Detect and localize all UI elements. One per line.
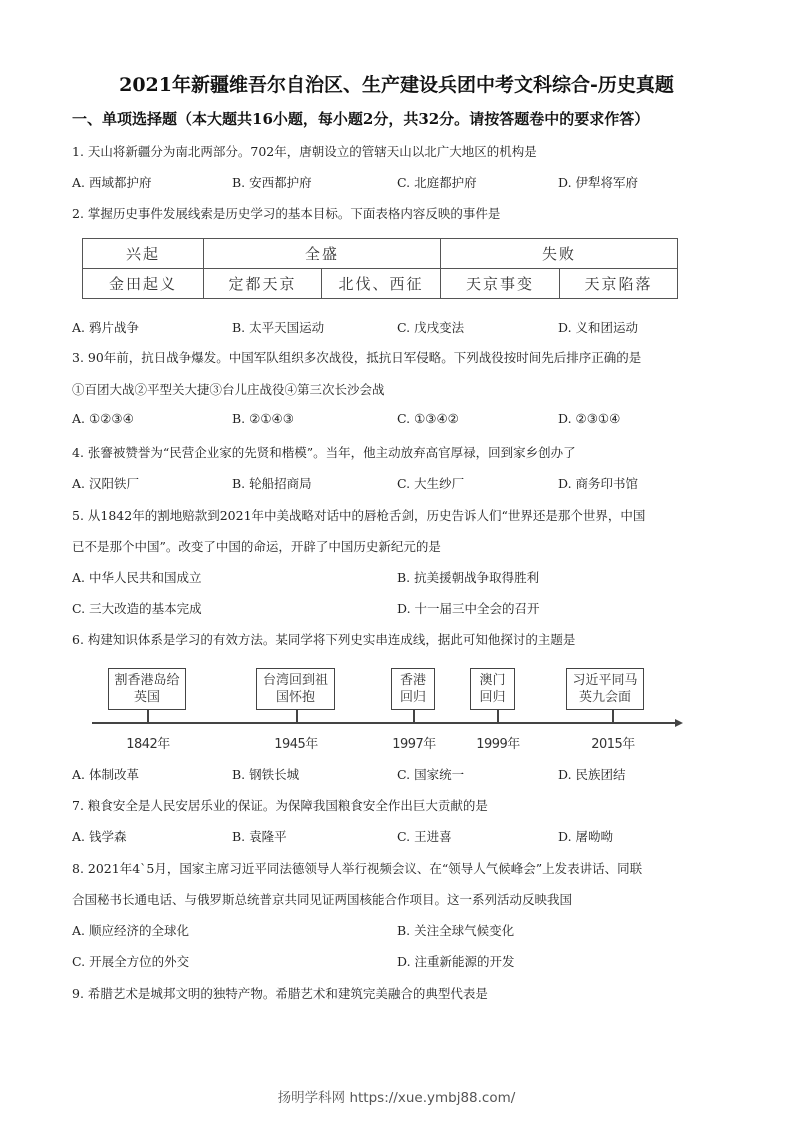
taiping-stage-table: 兴起 全盛 失败 金田起义 定都天京 北伐、西征 天京事变 天京陷落 xyxy=(82,238,678,299)
timeline-year: 1842年 xyxy=(120,733,176,752)
section-heading: 一、单项选择题（本大题共16小题，每小题2分，共32分。请按答题卷中的要求作答） xyxy=(72,108,649,129)
timeline-year: 2015年 xyxy=(585,733,641,752)
table-cell: 天京事变 xyxy=(441,269,560,299)
question-7-option-b: B. 袁隆平 xyxy=(232,827,287,845)
question-7-option-c: C. 王进喜 xyxy=(397,827,452,845)
question-1-option-d: D. 伊犁将军府 xyxy=(558,173,638,191)
table-header-failure: 失败 xyxy=(441,239,678,269)
question-3-option-c: C. ①③④② xyxy=(397,411,459,426)
question-6-option-a: A. 体制改革 xyxy=(72,765,139,783)
timeline-tick xyxy=(147,710,149,722)
table-header-peak: 全盛 xyxy=(204,239,441,269)
question-2-option-b: B. 太平天国运动 xyxy=(232,318,324,336)
timeline-year: 1999年 xyxy=(470,733,526,752)
question-8-option-b: B. 关注全球气候变化 xyxy=(397,921,514,939)
question-6-option-b: B. 钢铁长城 xyxy=(232,765,299,783)
page-title: 2021年新疆维吾尔自治区、生产建设兵团中考文科综合-历史真题 xyxy=(0,70,793,97)
question-3-option-b: B. ②①④③ xyxy=(232,411,294,426)
question-3-option-d: D. ②③①④ xyxy=(558,411,620,426)
question-6-option-d: D. 民族团结 xyxy=(558,765,626,783)
question-1-option-a: A. 西域都护府 xyxy=(72,173,151,191)
timeline-tick xyxy=(497,710,499,722)
question-4-option-c: C. 大生纱厂 xyxy=(397,474,464,492)
timeline-event-1945: 台湾回到祖国怀抱 xyxy=(256,668,335,710)
question-2-option-c: C. 戊戌变法 xyxy=(397,318,464,336)
question-1-option-c: C. 北庭都护府 xyxy=(397,173,477,191)
question-7-stem: 7. 粮食安全是人民安居乐业的保证。为保障我国粮食安全作出巨大贡献的是 xyxy=(72,796,488,814)
question-6-stem: 6. 构建知识体系是学习的有效方法。某同学将下列史实串连成线，据此可知他探讨的主… xyxy=(72,630,575,648)
timeline-year: 1997年 xyxy=(386,733,442,752)
question-5-option-a: A. 中华人民共和国成立 xyxy=(72,568,201,586)
question-8-option-c: C. 开展全方位的外交 xyxy=(72,952,189,970)
question-3-option-a: A. ①②③④ xyxy=(72,411,134,426)
question-2-option-d: D. 义和团运动 xyxy=(558,318,638,336)
question-4-option-a: A. 汉阳铁厂 xyxy=(72,474,139,492)
question-4-stem: 4. 张謇被赞誉为“民营企业家的先贤和楷模”。当年，他主动放弃高官厚禄，回到家乡… xyxy=(72,443,576,461)
question-8-option-a: A. 顺应经济的全球化 xyxy=(72,921,189,939)
question-5-option-c: C. 三大改造的基本完成 xyxy=(72,599,202,617)
footer-watermark: 扬明学科网 https://xue.ymbj88.com/ xyxy=(0,1086,793,1106)
question-9-stem: 9. 希腊艺术是城邦文明的独特产物。希腊艺术和建筑完美融合的典型代表是 xyxy=(72,984,488,1002)
table-cell: 天京陷落 xyxy=(560,269,678,299)
table-cell: 定都天京 xyxy=(204,269,322,299)
question-2-stem: 2. 掌握历史事件发展线索是历史学习的基本目标。下面表格内容反映的事件是 xyxy=(72,204,500,222)
question-4-option-d: D. 商务印书馆 xyxy=(558,474,638,492)
question-3-items: ①百团大战②平型关大捷③台儿庄战役④第三次长沙会战 xyxy=(72,380,385,398)
timeline-tick xyxy=(296,710,298,722)
timeline-event-2015: 习近平同马英九会面 xyxy=(566,668,644,710)
table-cell: 北伐、西征 xyxy=(322,269,441,299)
table-header-rise: 兴起 xyxy=(83,239,204,269)
question-4-option-b: B. 轮船招商局 xyxy=(232,474,312,492)
question-5-stem-cont: 已不是那个中国”。改变了中国的命运，开辟了中国历史新纪元的是 xyxy=(72,537,441,555)
timeline-event-1999: 澳门回归 xyxy=(470,668,515,710)
question-7-option-d: D. 屠呦呦 xyxy=(558,827,613,845)
timeline-event-1997: 香港回归 xyxy=(391,668,435,710)
timeline-axis xyxy=(92,722,675,724)
question-1-option-b: B. 安西都护府 xyxy=(232,173,312,191)
question-5-option-b: B. 抗美援朝战争取得胜利 xyxy=(397,568,539,586)
question-8-stem: 8. 2021年4`5月，国家主席习近平同法德领导人举行视频会议、在“领导人气候… xyxy=(72,859,642,877)
timeline-event-1842: 割香港岛给英国 xyxy=(108,668,186,710)
question-5-option-d: D. 十一届三中全会的召开 xyxy=(397,599,540,617)
table-cell: 金田起义 xyxy=(83,269,204,299)
question-3-stem: 3. 90年前，抗日战争爆发。中国军队组织多次战役，抵抗日军侵略。下列战役按时间… xyxy=(72,348,641,366)
question-1-stem: 1. 天山将新疆分为南北两部分。702年，唐朝设立的管辖天山以北广大地区的机构是 xyxy=(72,142,537,160)
question-8-stem-cont: 合国秘书长通电话、与俄罗斯总统普京共同见证两国核能合作项目。这一系列活动反映我国 xyxy=(72,890,572,908)
timeline-tick xyxy=(612,710,614,722)
question-8-option-d: D. 注重新能源的开发 xyxy=(397,952,515,970)
timeline-arrow-icon xyxy=(675,719,683,727)
question-5-stem: 5. 从1842年的割地赔款到2021年中美战略对话中的唇枪舌剑，历史告诉人们“… xyxy=(72,506,645,524)
question-6-option-c: C. 国家统一 xyxy=(397,765,464,783)
timeline-year: 1945年 xyxy=(268,733,324,752)
timeline-tick xyxy=(413,710,415,722)
question-2-option-a: A. 鸦片战争 xyxy=(72,318,139,336)
question-7-option-a: A. 钱学森 xyxy=(72,827,126,845)
